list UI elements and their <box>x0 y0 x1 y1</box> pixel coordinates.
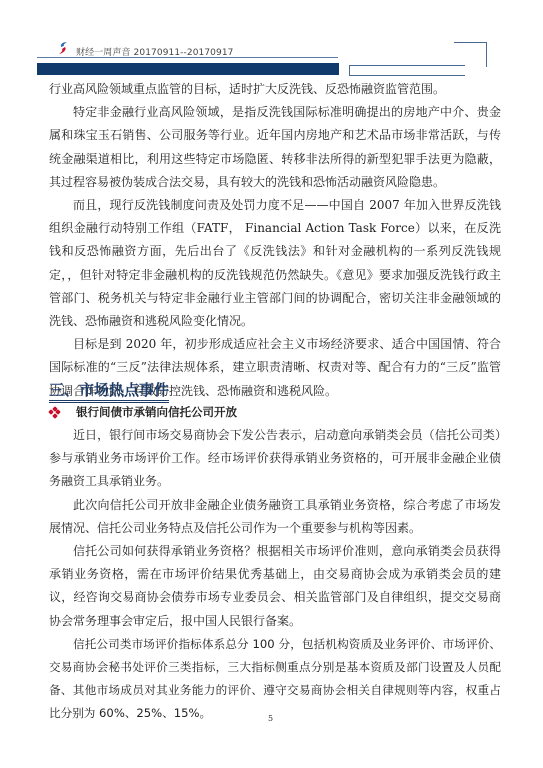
subheading-text: 银行间债市承销向信托公司开放 <box>76 404 237 420</box>
paragraph: 信托公司如何获得承销业务资格？根据相关市场评价准则，意向承销类会员获得承销业务资… <box>49 540 501 633</box>
swoosh-logo-icon <box>57 40 69 54</box>
header-bar <box>37 63 339 75</box>
section-body-1: 行业高风险领域重点监管的目标，适时扩大反洗钱、反恐怖融资监管范围。 特定非金融行… <box>49 78 501 403</box>
header-decoration-right <box>454 42 487 67</box>
document-page: 财经一周声音 20170911--20170917 行业高风险领域重点监管的目标… <box>0 0 543 768</box>
paragraph: 特定非金融行业高风险领域，是指反洗钱国际标准明确提出的房地产中介、贵金属和珠宝玉… <box>49 101 501 194</box>
red-diamond-bullet-icon <box>49 407 60 418</box>
paragraph: 此次向信托公司开放非金融企业债务融资工具承销业务资格，综合考虑了市场发展情况、信… <box>49 494 501 540</box>
page-number: 5 <box>268 714 273 723</box>
header-divider-line <box>37 57 338 58</box>
header-decoration-box <box>349 65 465 76</box>
paragraph: 信托公司类市场评价指标体系总分 100 分，包括机构资质及业务评价、市场评价、交… <box>49 633 501 726</box>
paragraph: 行业高风险领域重点监管的目标，适时扩大反洗钱、反恐怖融资监管范围。 <box>49 78 501 101</box>
section-body-2: 近日，银行间市场交易商协会下发公告表示，启动意向承销类会员（信托公司类）参与承销… <box>49 424 501 726</box>
section-heading: 三、市场热点事件 <box>49 381 169 403</box>
paragraph: 而且，现行反洗钱制度问责及处罚力度不足——中国自 2007 年加入世界反洗钱组织… <box>49 194 501 333</box>
subheading: 银行间债市承销向信托公司开放 <box>49 404 237 420</box>
paragraph: 近日，银行间市场交易商协会下发公告表示，启动意向承销类会员（信托公司类）参与承销… <box>49 424 501 494</box>
